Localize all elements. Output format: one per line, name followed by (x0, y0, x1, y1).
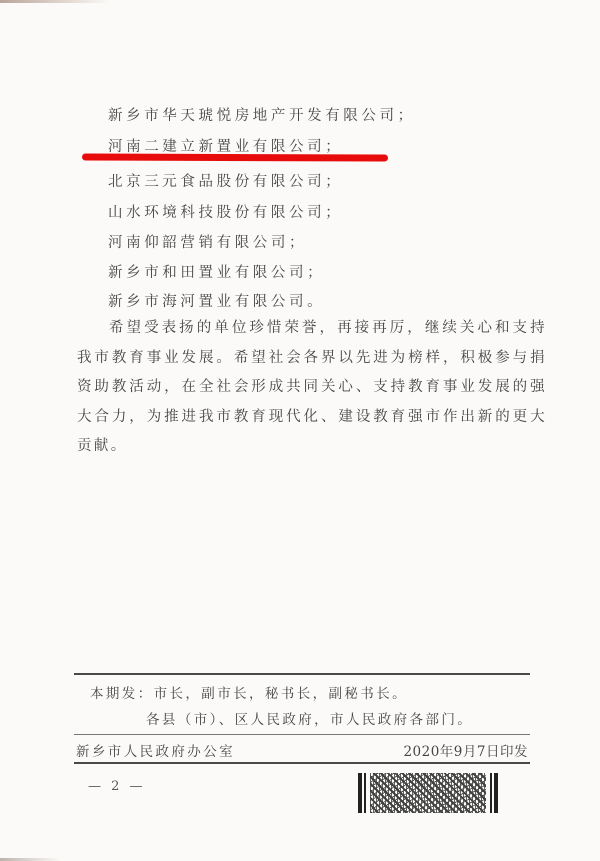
recipient-line: 河南仰韶营销有限公司； (108, 231, 307, 252)
bottom-rule (74, 762, 530, 764)
page-number: — 2 — (88, 779, 146, 794)
recipient-line: 新乡市和田置业有限公司； (108, 261, 325, 282)
middle-rule (74, 734, 530, 735)
closing-paragraph: 希望受表扬的单位珍惜荣誉，再接再厉，继续关心和支持我市教育事业发展。希望社会各界… (77, 314, 547, 462)
distribution-line-2: 各县（市）、区人民政府，市人民政府各部门。 (146, 708, 473, 728)
top-rule (74, 673, 530, 675)
recipient-line: 新乡市海河置业有限公司。 (108, 290, 325, 311)
issue-date: 2020年9月7日印发 (403, 740, 528, 760)
recipient-line: 山水环境科技股份有限公司； (108, 201, 343, 222)
recipient-line: 北京三元食品股份有限公司； (108, 170, 343, 191)
distribution-line-1: 本期发：市长，副市长，秘书长，副秘书长。 (90, 682, 408, 702)
red-highlight-underline (82, 153, 388, 161)
scan-edge (0, 0, 110, 3)
recipient-line: 新乡市华天琥悦房地产开发有限公司； (108, 104, 416, 125)
issuer-office: 新乡市人民政府办公室 (76, 740, 235, 760)
barcode-icon (358, 773, 498, 813)
